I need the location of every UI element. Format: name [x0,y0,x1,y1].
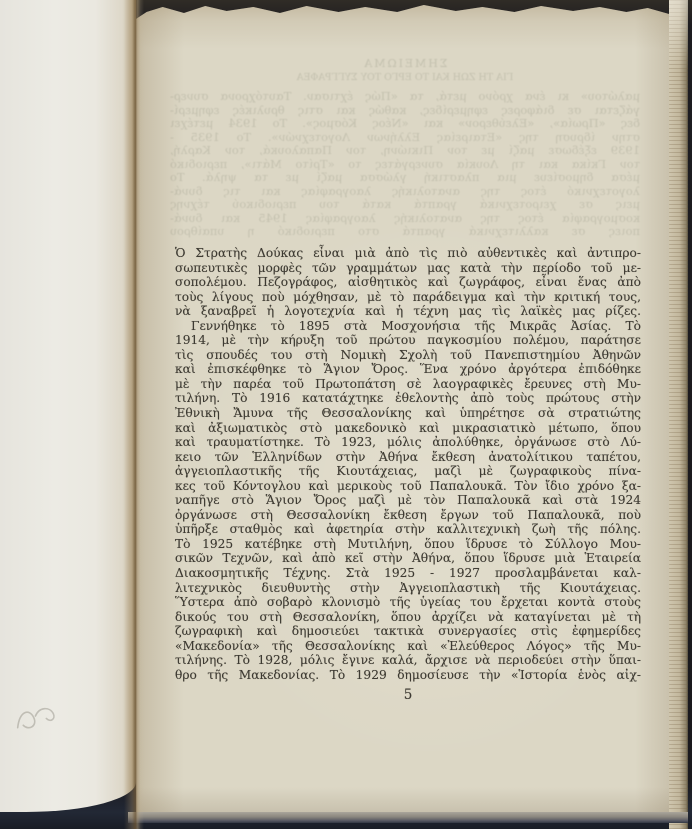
text-line: Ὕστερα ἀπὸ σοβαρὸ κλονισμὸ τῆς ὑγείας το… [175,595,641,610]
text-line: Τὸ 1925 κατέβηκε στὴ Μυτιλήνη, ὅπου ἵδρυ… [175,537,641,552]
fore-edge-pages [669,0,688,829]
text-line: λιτεχνικὸς διευθυντὴς στὴν Ἀγγειοπλαστικ… [175,581,641,596]
main-page: ΣΗΜΕΙΩΜΑ ΓΙΑ ΤΗ ΖΩΗ ΚΑΙ ΤΟ ΕΡΓΟ ΤΟΥ ΣΥΓΓ… [136,3,669,815]
book-photo: { "book": { "page_number": "5", "paragra… [0,0,692,829]
paragraph-biography: Γεννήθηκε τὸ 1895 στὰ Μοσχονήσια τῆς Μικ… [175,319,641,683]
ghost-line: λογοτεχνικό έτος της ανατολικής λαογραφί… [170,185,640,199]
text-line: Ἐθνικὴ Ἄμυνα τῆς Θεσσαλονίκης καὶ ὑπηρέτ… [175,406,641,421]
text-line: ζωγραφικὴ καὶ δημοσιεύει τακτικὰ συνεργα… [175,624,641,639]
text-line: κειο τῶν Ἑλληνίδων στὴν Ἀθήνα ἔκθεση ἀνα… [175,450,641,465]
ghost-lines: μαλώτου» κι ένα χρόνο μετά, τα «Πώς έχτι… [170,90,640,239]
text-line: καὶ τραυματίστηκε. Τὸ 1923, μόλις ἀπολύθ… [175,435,641,450]
ghost-heading: ΣΗΜΕΙΩΜΑ [170,57,640,71]
ghost-line: γάζεται σε διάφορες εφημερίδες, καθώς κα… [170,104,640,118]
text-line: σικῶν Τεχνῶν, καὶ ἀπὸ κεῖ στὴν Ἀθήνα, ὅπ… [175,551,641,566]
ghost-line: μαλώτου» κι ένα χρόνο μετά, τα «Πώς έχτι… [170,90,640,104]
text-line: ἀγγειοπλαστικῆς τῆς Κιουτάχειας, μαζὶ μὲ… [175,464,641,479]
text-line: σωπευτικὲς μορφὲς τῶν γραμμάτων μας κατὰ… [175,261,641,276]
text-line: ὑπῆρξε σταθμὸς καὶ ἀφετηρία στὴν καλλιτε… [175,522,641,537]
gutter-shadow [124,0,144,829]
ghost-line: δες «Πρωία», «Ελεύθερον» και «Νέος Κόσμο… [170,117,640,131]
text-line: «Μακεδονία» τῆς Θεσσαλονίκης καὶ «Ἐλεύθε… [175,639,641,654]
text-line: Διακοσμητικῆς Τέχνης. Στὰ 1925 - 1927 πρ… [175,566,641,581]
bottom-page-edges [128,812,688,823]
text-line: μὲ τὴν παρέα τοῦ Πρωτοπάτση σὲ λαογραφικ… [175,377,641,392]
text-line: Ὁ Στρατὴς Δούκας εἶναι μιὰ ἀπὸ τὶς πιὸ α… [175,246,641,261]
ghost-line: μέσα δημοσίευε μια πλαστική γλώσσα μαζί … [170,171,640,185]
ghost-line: στην ίδρυση της «Εταιρείας Ελλήνων Λογοτ… [170,131,640,145]
ghost-subheading: ΓΙΑ ΤΗ ΖΩΗ ΚΑΙ ΤΟ ΕΡΓΟ ΤΟΥ ΣΥΓΓΡΑΦΕΑ [170,71,640,84]
ghost-line: 1939 εξέδωσε μαζί με τον Πικιώνη, τον Πα… [170,144,640,158]
text-line: νὰ ξαναβρεῖ ἡ λογοτεχνία καὶ ἡ τέχνη μας… [175,304,641,319]
left-page [0,0,136,812]
text-line: σοπολέμου. Πεζογράφος, αἰσθητικὸς καὶ ζω… [175,275,641,290]
text-line: καὶ ἀξιωματικὸς στὸ μακεδονικὸ καὶ μικρα… [175,421,641,436]
ghost-line: κοσμογραφία έτος της ανατολικής λαογραφί… [170,212,640,226]
text-line: ναπῆγε στὸ Ἅγιον Ὄρος μαζὶ μὲ τὸν Παπαλο… [175,493,641,508]
paragraph-intro: Ὁ Στρατὴς Δούκας εἶναι μιὰ ἀπὸ τὶς πιὸ α… [175,246,641,319]
text-block: Ὁ Στρατὴς Δούκας εἶναι μιὰ ἀπὸ τὶς πιὸ α… [175,246,641,682]
text-line: δικούς του στὴ Θεσσαλονίκη, ὅπου ἀρχίζει… [175,610,641,625]
text-line: τιλήνη. Τὸ 1916 κατατάχτηκε ἐθελοντὴς ἀπ… [175,391,641,406]
text-line: τιλήνης. Τὸ 1928, μόλις ἔγινε καλά, ἄρχι… [175,653,641,668]
text-line: τὶς σπουδές του στὴ Νομικὴ Σχολὴ τοῦ Παν… [175,348,641,363]
ghost-showthrough-text: ΣΗΜΕΙΩΜΑ ΓΙΑ ΤΗ ΖΩΗ ΚΑΙ ΤΟ ΕΡΓΟ ΤΟΥ ΣΥΓΓ… [170,57,640,239]
text-line: τοὺς λίγους ποὺ μόχθησαν, μὲ τὸ παράδειγ… [175,290,641,305]
text-line: ὀργάνωσε στὴ Θεσσαλονίκη ἔκθεση ἔργων το… [175,508,641,523]
text-line: Γεννήθηκε τὸ 1895 στὰ Μοσχονήσια τῆς Μικ… [175,319,641,334]
ghost-line: ποιες σε καλλιτεχνικά γραπτά στο περιοδι… [170,225,640,239]
text-line: κες τοῦ Κόντογλου καὶ μερικοὺς τοῦ Παπαλ… [175,479,641,494]
text-line: 1914, μὲ τὴν κήρυξη τοῦ πρώτου παγκοσμίο… [175,333,641,348]
page-number: 5 [175,687,641,703]
text-line: θρο τῆς Μακεδονίας. Τὸ 1929 δημοσίευσε τ… [175,668,641,683]
text-line: καὶ ἐπισκέφθηκε τὸ Ἅγιον Ὄρος. Ἕνα χρόνο… [175,362,641,377]
ghost-line: τον Γκίκα και τη Λουκία συνεργάτες το «Τ… [170,158,640,172]
ghost-line: μεις σε χειροτεχνικά γραπτά κατά του περ… [170,198,640,212]
